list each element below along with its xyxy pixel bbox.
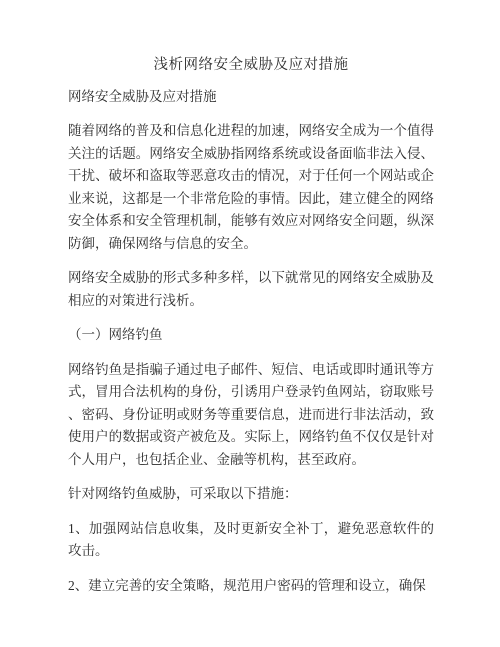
paragraph-intro: 随着网络的普及和信息化进程的加速，网络安全成为一个值得关注的话题。网络安全威胁指… <box>68 120 434 255</box>
document-subtitle: 网络安全威胁及应对措施 <box>68 86 434 109</box>
paragraph-measures-lead-in: 针对网络钓鱼威胁，可采取以下措施： <box>68 483 434 506</box>
document-title: 浅析网络安全威胁及应对措施 <box>68 54 434 77</box>
document-page: 浅析网络安全威胁及应对措施 网络安全威胁及应对措施 随着网络的普及和信息化进程的… <box>0 0 500 647</box>
section-heading-phishing: （一）网络钓鱼 <box>68 324 434 347</box>
list-item-measure-2: 2、建立完善的安全策略，规范用户密码的管理和设立，确保 <box>68 575 434 598</box>
list-item-measure-1: 1、加强网站信息收集，及时更新安全补丁，避免恶意软件的攻击。 <box>68 518 434 563</box>
paragraph-overview: 网络安全威胁的形式多种多样，以下就常见的网络安全威胁及相应的对策进行浅析。 <box>68 267 434 312</box>
paragraph-phishing-definition: 网络钓鱼是指骗子通过电子邮件、短信、电话或即时通讯等方式，冒用合法机构的身份，引… <box>68 359 434 472</box>
